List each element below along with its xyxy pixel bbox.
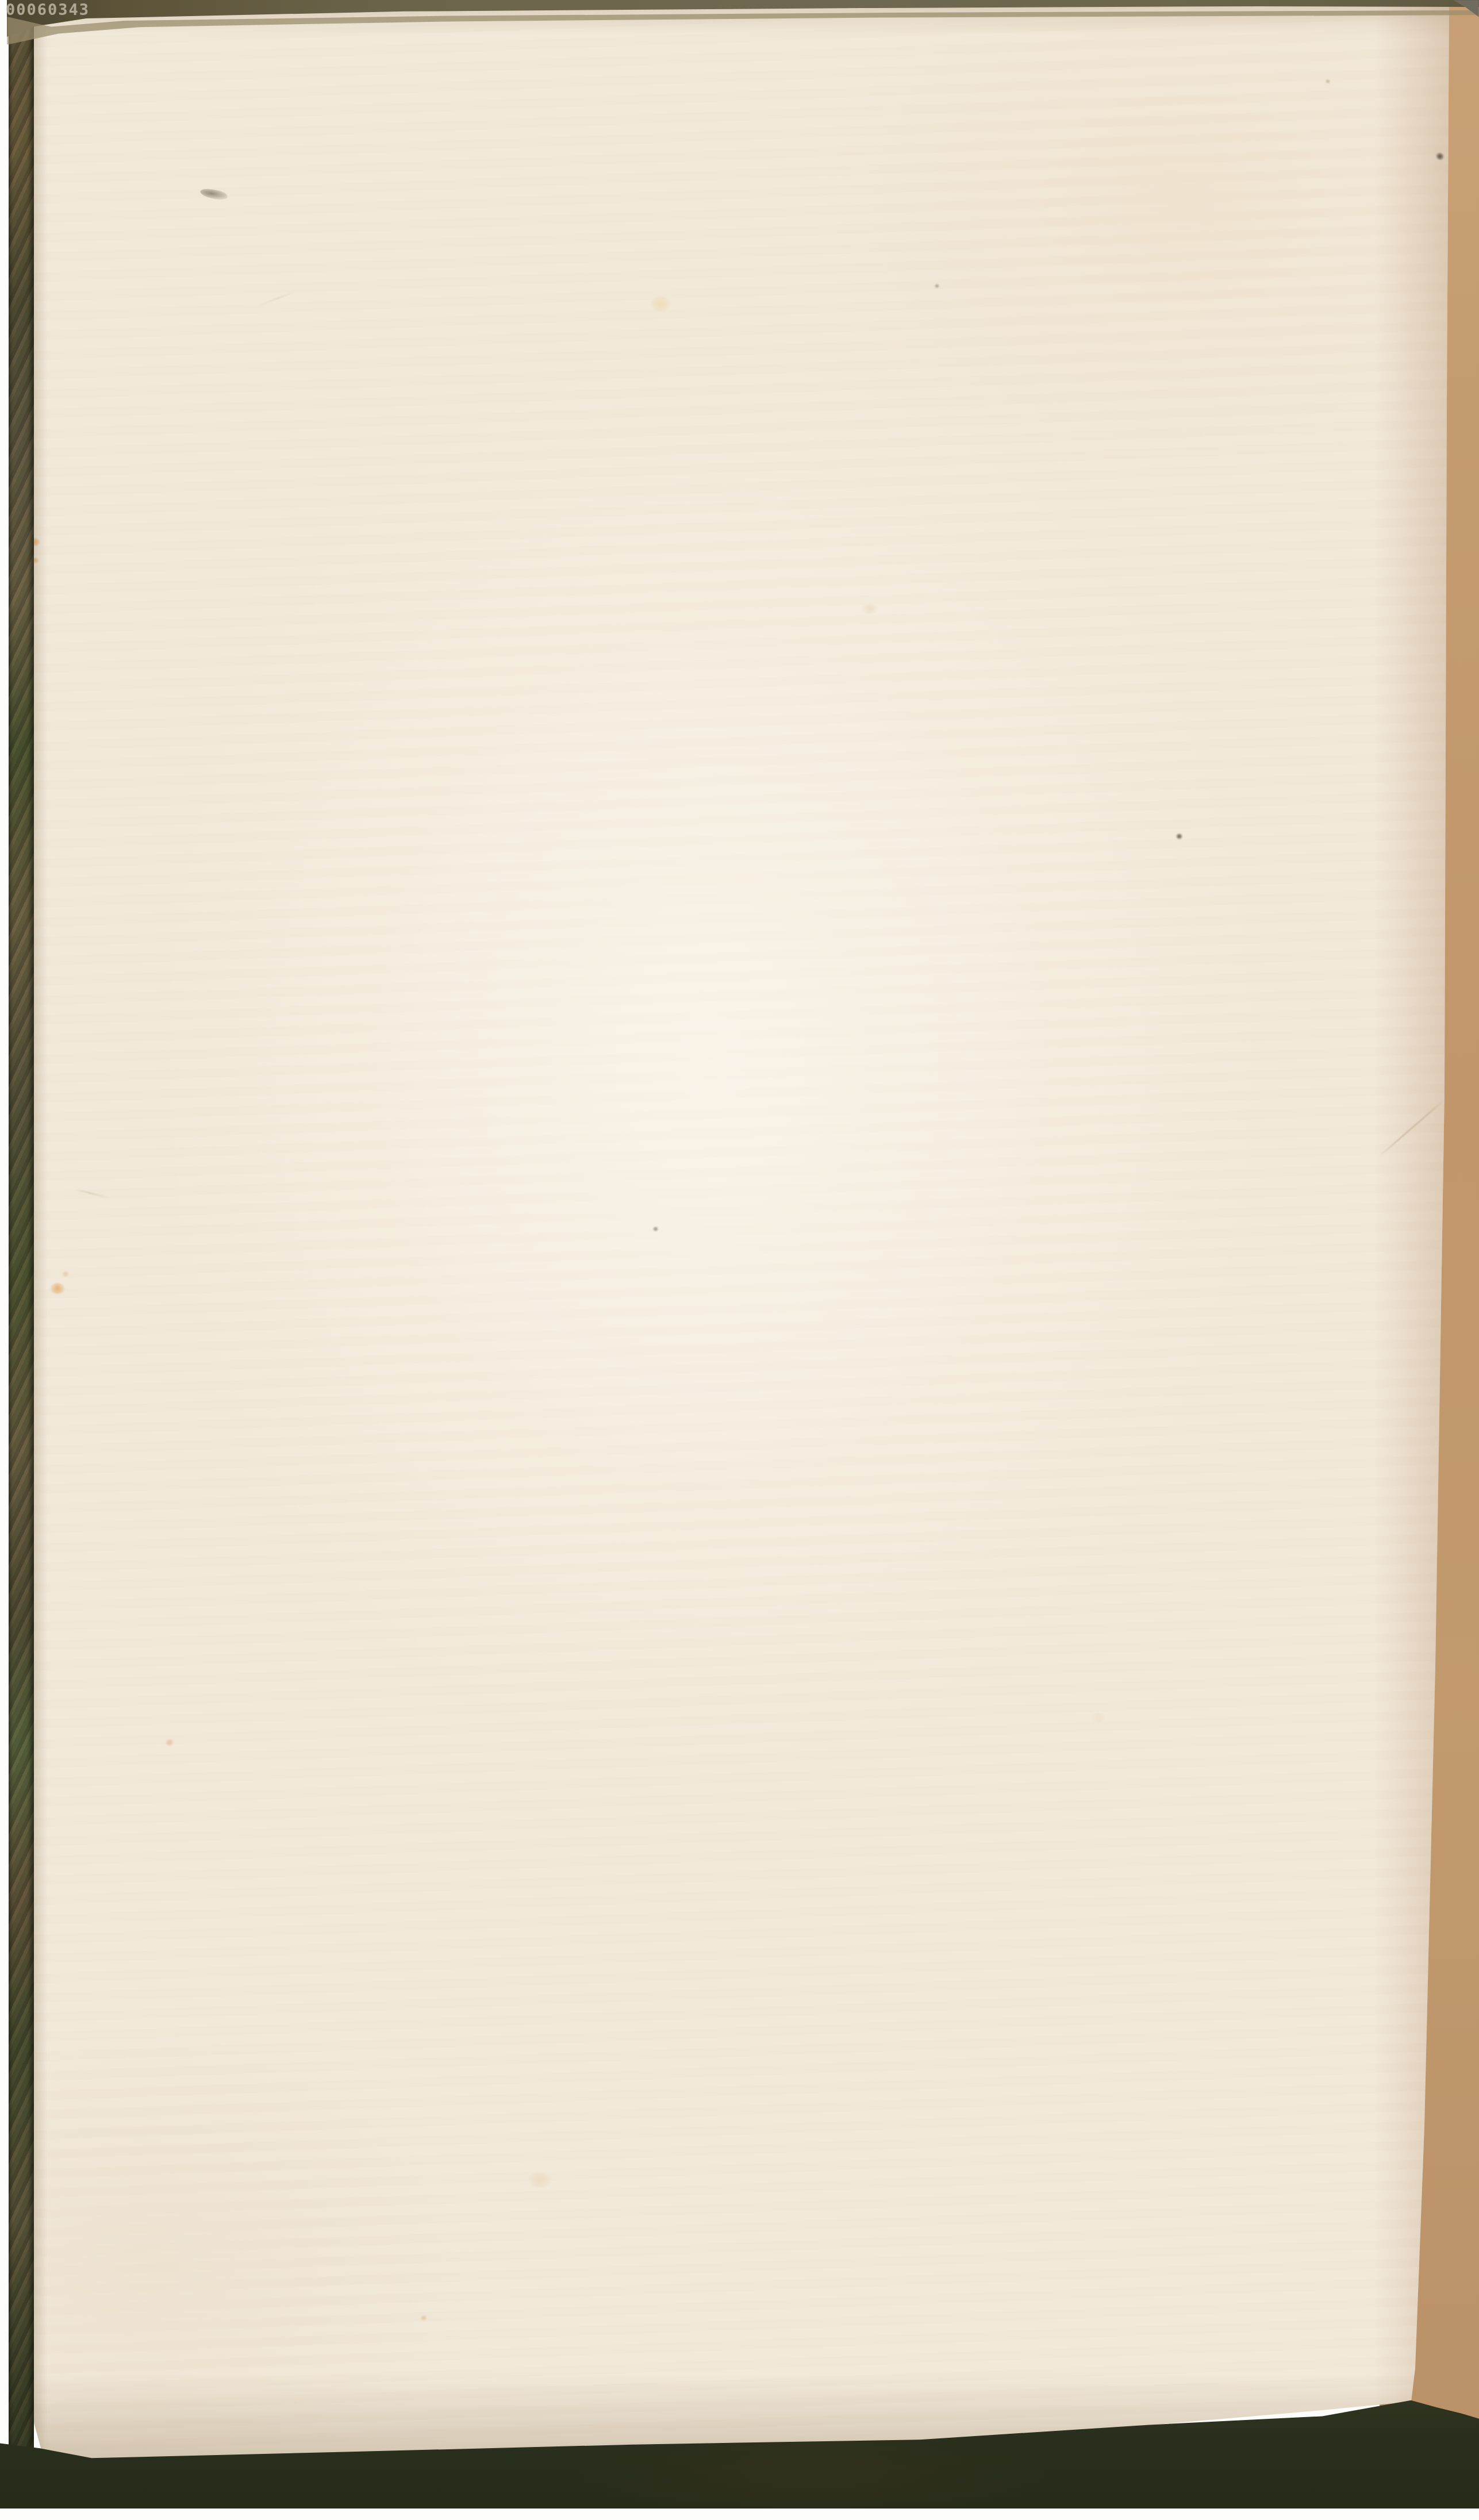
- crease-line: [75, 1189, 111, 1198]
- ink-speck: [1326, 79, 1330, 83]
- crease-line: [259, 291, 297, 306]
- foxing-spot: [651, 297, 670, 311]
- cover-marbled-edge: [9, 0, 34, 2495]
- foxing-spot: [1092, 1713, 1105, 1722]
- foxing-spot: [62, 1271, 69, 1277]
- book-page: [0, 0, 1479, 2520]
- ink-speck: [1176, 833, 1182, 839]
- foxing-spot: [862, 604, 877, 614]
- foxing-spot: [51, 1283, 64, 1294]
- fiber-mark: [199, 187, 228, 201]
- foxing-spot: [166, 1739, 174, 1746]
- ink-speck: [935, 284, 939, 288]
- book-scan: 00060343: [0, 0, 1479, 2520]
- foxing-spot: [529, 2173, 551, 2188]
- ink-speck: [653, 1227, 658, 1231]
- scan-watermark-id: 00060343: [6, 1, 90, 19]
- foxing-spot: [421, 2315, 427, 2321]
